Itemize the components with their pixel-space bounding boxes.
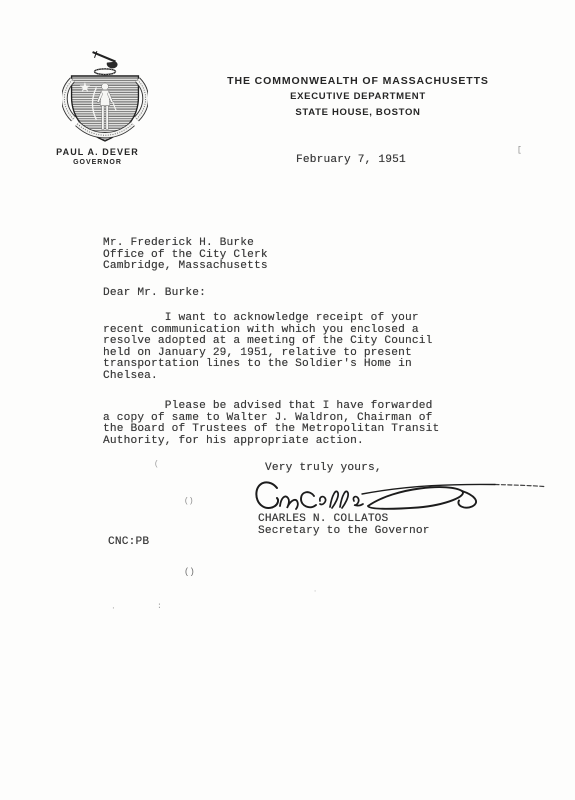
crest-arm-and-sword-icon bbox=[93, 51, 118, 74]
body-paragraph-1: I want to acknowledge receipt of your re… bbox=[103, 313, 432, 383]
org-line-address: STATE HOUSE, BOSTON bbox=[208, 107, 508, 118]
recipient-address: Mr. Frederick H. Burke Office of the Cit… bbox=[103, 238, 268, 273]
letter-date: February 7, 1951 bbox=[296, 155, 406, 167]
scan-speck: : bbox=[157, 602, 162, 611]
body-paragraph-2: Please be advised that I have forwarded … bbox=[103, 401, 439, 447]
letter-page: PAUL A. DEVER GOVERNOR THE COMMONWEALTH … bbox=[0, 0, 575, 800]
org-line-commonwealth: THE COMMONWEALTH OF MASSACHUSETTS bbox=[208, 75, 508, 87]
scan-speck: () bbox=[184, 567, 195, 577]
org-line-department: EXECUTIVE DEPARTMENT bbox=[208, 91, 508, 102]
signer-name: CHARLES N. COLLATOS bbox=[258, 514, 388, 526]
scan-speck: [ bbox=[517, 146, 522, 155]
reference-initials: CNC:PB bbox=[108, 537, 149, 549]
salutation: Dear Mr. Burke: bbox=[103, 288, 206, 300]
scan-speck: () bbox=[184, 497, 194, 506]
scan-speck: · bbox=[313, 588, 317, 596]
governor-name: PAUL A. DEVER bbox=[40, 147, 155, 157]
scan-speck: · bbox=[111, 604, 116, 613]
massachusetts-state-seal-icon bbox=[62, 46, 148, 148]
signer-title: Secretary to the Governor bbox=[258, 526, 430, 538]
scan-speck: ( bbox=[154, 460, 159, 469]
governor-title: GOVERNOR bbox=[40, 159, 155, 166]
